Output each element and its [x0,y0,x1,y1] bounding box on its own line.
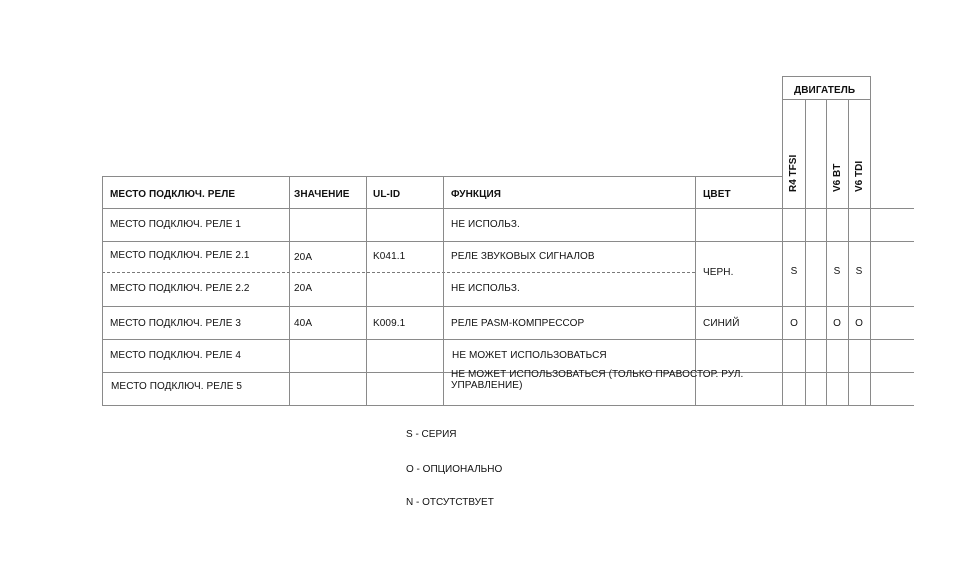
engine-header-v6-tdi: V6 TDI [854,161,865,192]
header-color: ЦВЕТ [703,189,731,200]
row-value: 20A [294,252,312,263]
row-color: ЧЕРН. [703,267,734,278]
engine-header-r4-tfsi: R4 TFSI [788,155,799,192]
header-value: ЗНАЧЕНИЕ [294,189,350,200]
engine-mark-r4-tfsi: S [783,266,805,277]
engine-mark-v6-bt: O [826,318,848,329]
row-function: НЕ ИСПОЛЬЗ. [451,283,520,294]
engine-header-v6-bt: V6 BT [832,164,843,192]
legend-item-absent: N - ОТСУТСТВУЕТ [406,497,494,508]
row-color: СИНИЙ [703,318,740,329]
engine-group-header: ДВИГАТЕЛЬ [794,85,855,96]
row-function: РЕЛЕ ЗВУКОВЫХ СИГНАЛОВ [451,251,595,262]
engine-mark-r4-tfsi: O [783,318,805,329]
row-location: МЕСТО ПОДКЛЮЧ. РЕЛЕ 1 [110,219,241,230]
legend-item-optional: O - ОПЦИОНАЛЬНО [406,464,502,475]
engine-mark-v6-tdi: O [848,318,870,329]
header-function: ФУНКЦИЯ [451,189,501,200]
row-value: 20A [294,283,312,294]
row-function-line2: УПРАВЛЕНИЕ) [451,380,523,391]
row-location: МЕСТО ПОДКЛЮЧ. РЕЛЕ 5 [111,381,242,392]
row-function: НЕ МОЖЕТ ИСПОЛЬЗОВАТЬСЯ [452,350,607,361]
engine-mark-v6-bt: S [826,266,848,277]
row-location: МЕСТО ПОДКЛЮЧ. РЕЛЕ 2.2 [110,283,250,294]
row-location: МЕСТО ПОДКЛЮЧ. РЕЛЕ 2.1 [110,250,250,261]
row-location: МЕСТО ПОДКЛЮЧ. РЕЛЕ 4 [110,350,241,361]
row-function: НЕ ИСПОЛЬЗ. [451,219,520,230]
row-function: НЕ МОЖЕТ ИСПОЛЬЗОВАТЬСЯ (ТОЛЬКО ПРАВОСТО… [451,369,743,380]
row-value: 40A [294,318,312,329]
row-location: МЕСТО ПОДКЛЮЧ. РЕЛЕ 3 [110,318,241,329]
engine-mark-v6-tdi: S [848,266,870,277]
legend-item-series: S - СЕРИЯ [406,429,457,440]
row-function: РЕЛЕ PASM-КОМПРЕССОР [451,318,584,329]
row-ul-id: K009.1 [373,318,405,329]
header-location: МЕСТО ПОДКЛЮЧ. РЕЛЕ [110,189,235,200]
header-ul-id: UL-ID [373,189,400,200]
row-ul-id: K041.1 [373,251,405,262]
